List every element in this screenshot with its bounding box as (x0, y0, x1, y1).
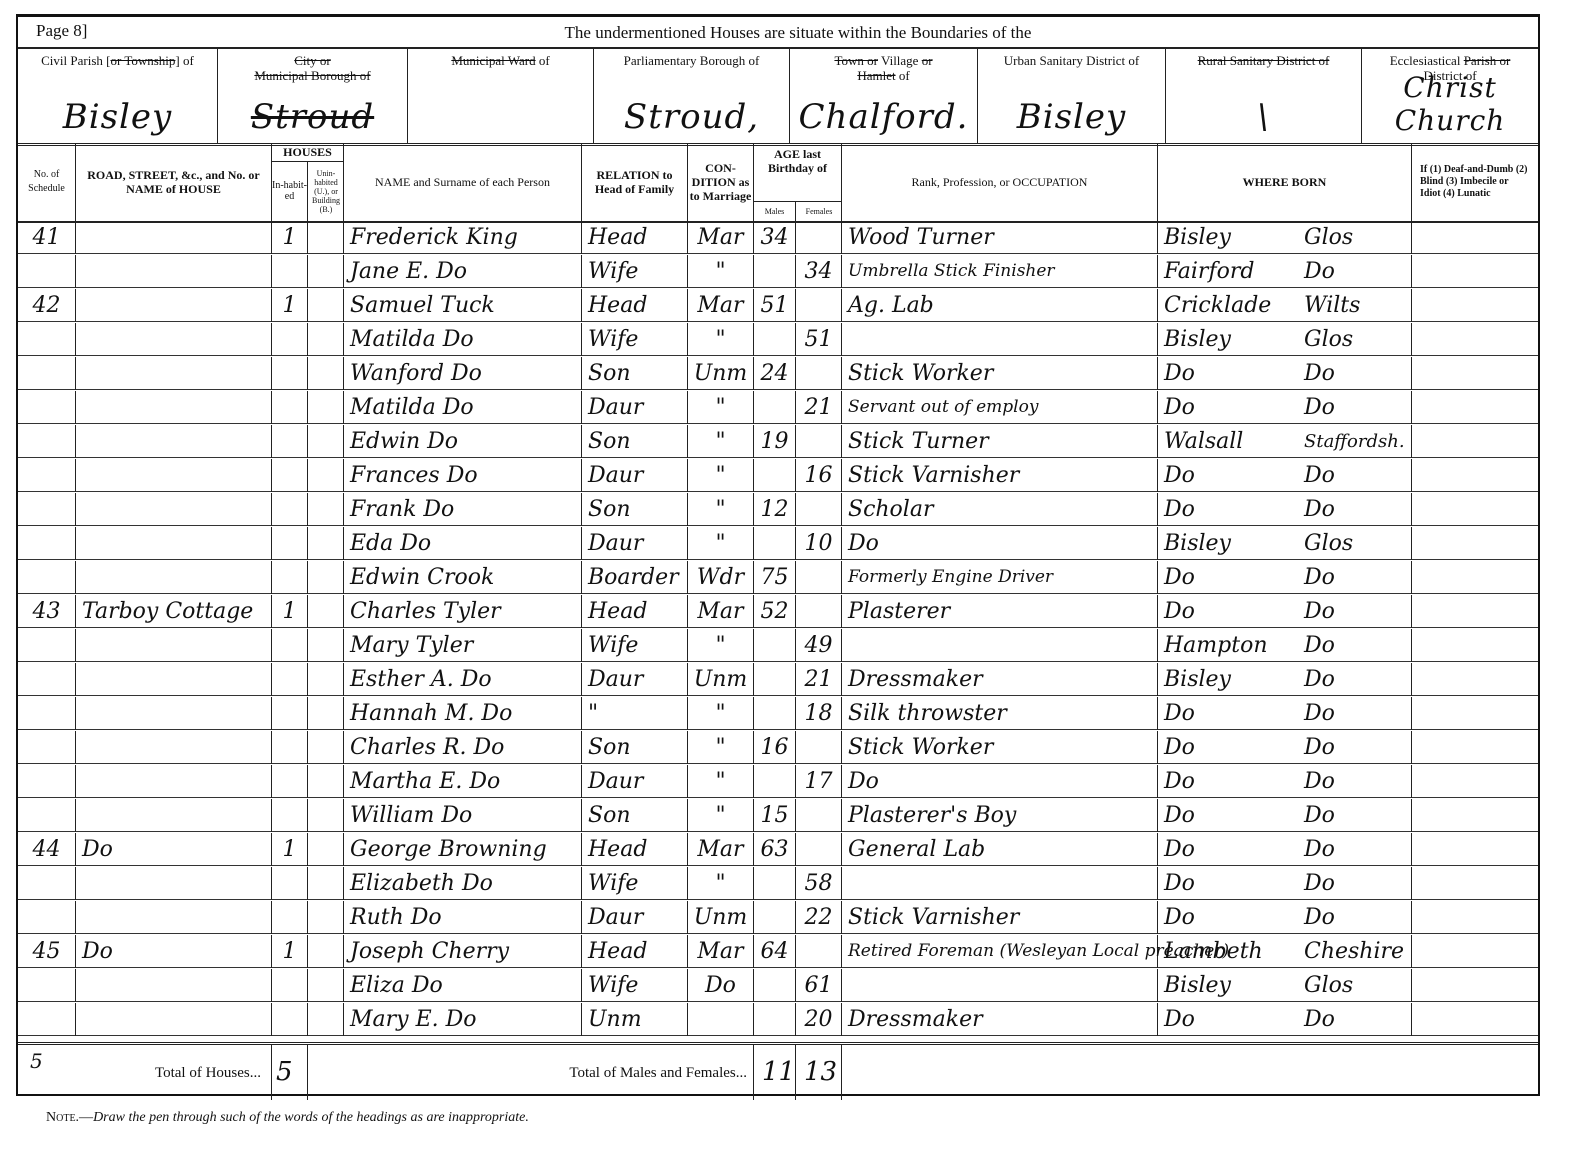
division-label: Parliamentary Borough of (594, 53, 789, 68)
division-label: City orMunicipal Borough of (218, 53, 407, 83)
cell-condition: " (688, 493, 754, 526)
total-males-cell: 11 (754, 1045, 796, 1100)
cell-schedule (18, 731, 76, 764)
totals-houses-cell: 5 Total of Houses... (18, 1045, 272, 1100)
cell-female-age: 22 (796, 901, 842, 934)
cell-occupation (842, 969, 1158, 1002)
cell-schedule (18, 357, 76, 390)
cell-road (76, 1003, 272, 1036)
cell-name: Mary E. Do (344, 1003, 582, 1036)
cell-male-age: 12 (754, 493, 796, 526)
cell-condition: " (688, 629, 754, 662)
cell-born-county: Do (1298, 391, 1412, 424)
division-5: Urban Sanitary District ofBisley (978, 47, 1166, 143)
cell-born-county: Glos (1298, 527, 1412, 560)
cell-inhabited (272, 799, 308, 832)
cell-condition: Mar (688, 221, 754, 254)
cell-uninhabited (308, 595, 344, 628)
cell-born-place: Do (1158, 493, 1298, 526)
cell-born-county: Do (1298, 663, 1412, 696)
cell-male-age: 24 (754, 357, 796, 390)
cell-schedule (18, 255, 76, 288)
cell-name: Mary Tyler (344, 629, 582, 662)
cell-male-age: 19 (754, 425, 796, 458)
division-label-part: Parliamentary Borough of (624, 53, 760, 68)
cell-born-place: Bisley (1158, 527, 1298, 560)
cell-schedule (18, 1003, 76, 1036)
cell-road (76, 629, 272, 662)
cell-inhabited (272, 731, 308, 764)
cell-schedule (18, 663, 76, 696)
cell-condition: Mar (688, 935, 754, 968)
table-row: Martha E. DoDaur"17DoDoDo (18, 765, 1538, 798)
cell-occupation: Dressmaker (842, 1003, 1158, 1036)
cell-inhabited (272, 527, 308, 560)
header-males: Males (754, 201, 796, 221)
cell-born-county: Do (1298, 901, 1412, 934)
cell-born-county: Do (1298, 561, 1412, 594)
cell-male-age (754, 867, 796, 900)
cell-name: George Browning (344, 833, 582, 866)
cell-infirmity (1412, 561, 1538, 594)
page-header: Page 8] The undermentioned Houses are si… (18, 17, 1538, 49)
cell-infirmity (1412, 255, 1538, 288)
cell-male-age (754, 527, 796, 560)
cell-occupation: Formerly Engine Driver (842, 561, 1158, 594)
cell-born-place: Do (1158, 765, 1298, 798)
cell-female-age (796, 561, 842, 594)
cell-road (76, 357, 272, 390)
division-value: Bisley (978, 97, 1165, 137)
division-label-part: of (536, 53, 550, 68)
table-row: 421Samuel TuckHeadMar51Ag. LabCrickladeW… (18, 289, 1538, 322)
cell-relation: Daur (582, 459, 688, 492)
cell-condition: " (688, 459, 754, 492)
cell-inhabited (272, 1003, 308, 1036)
cell-female-age (796, 731, 842, 764)
cell-female-age: 17 (796, 765, 842, 798)
table-row: Esther A. DoDaurUnm21DressmakerBisleyDo (18, 663, 1538, 696)
cell-road (76, 867, 272, 900)
division-value: \ (1166, 97, 1361, 137)
cell-infirmity (1412, 357, 1538, 390)
cell-uninhabited (308, 493, 344, 526)
cell-occupation (842, 323, 1158, 356)
cell-male-age: 16 (754, 731, 796, 764)
cell-condition: Unm (688, 357, 754, 390)
cell-inhabited (272, 561, 308, 594)
cell-uninhabited (308, 255, 344, 288)
cell-relation: Wife (582, 323, 688, 356)
cell-born-place: Do (1158, 697, 1298, 730)
cell-uninhabited (308, 867, 344, 900)
cell-female-age: 51 (796, 323, 842, 356)
cell-road (76, 527, 272, 560)
cell-occupation: Umbrella Stick Finisher (842, 255, 1158, 288)
cell-female-age (796, 833, 842, 866)
cell-occupation: Stick Worker (842, 357, 1158, 390)
division-label-part: Municipal Ward (451, 53, 535, 68)
header-inhabited: In-habit-ed (272, 161, 308, 221)
cell-uninhabited (308, 289, 344, 322)
cell-name: Hannah M. Do (344, 697, 582, 730)
cell-female-age: 58 (796, 867, 842, 900)
cell-uninhabited (308, 833, 344, 866)
header-road: ROAD, STREET, &c., and No. or NAME of HO… (76, 143, 272, 221)
cell-inhabited: 1 (272, 595, 308, 628)
cell-inhabited (272, 969, 308, 1002)
cell-condition: " (688, 255, 754, 288)
division-label: Urban Sanitary District of (978, 53, 1165, 68)
cell-born-county: Do (1298, 731, 1412, 764)
cell-condition: Mar (688, 833, 754, 866)
cell-infirmity (1412, 731, 1538, 764)
cell-infirmity (1412, 799, 1538, 832)
cell-female-age: 20 (796, 1003, 842, 1036)
note-text: Draw the pen through such of the words o… (93, 1110, 529, 1125)
cell-relation: Daur (582, 663, 688, 696)
cell-road: Do (76, 935, 272, 968)
cell-name: Ruth Do (344, 901, 582, 934)
cell-schedule (18, 527, 76, 560)
header-houses: HOUSES In-habit-ed Unin-habited (U.), or… (272, 143, 344, 221)
total-persons-label: Total of Males and Females... (569, 1065, 747, 1082)
table-row: Edwin CrookBoarderWdr75Formerly Engine D… (18, 561, 1538, 594)
cell-inhabited (272, 765, 308, 798)
cell-male-age: 64 (754, 935, 796, 968)
cell-schedule: 45 (18, 935, 76, 968)
cell-inhabited (272, 629, 308, 662)
cell-inhabited (272, 391, 308, 424)
total-females-cell: 13 (796, 1045, 842, 1100)
cell-male-age: 51 (754, 289, 796, 322)
header-name: NAME and Surname of each Person (344, 143, 582, 221)
cell-born-place: Do (1158, 867, 1298, 900)
cell-uninhabited (308, 459, 344, 492)
cell-female-age (796, 493, 842, 526)
cell-female-age: 34 (796, 255, 842, 288)
cell-road (76, 493, 272, 526)
cell-name: Charles R. Do (344, 731, 582, 764)
header-where-born: WHERE BORN (1158, 143, 1412, 221)
table-row: Frank DoSon"12ScholarDoDo (18, 493, 1538, 526)
cell-road (76, 459, 272, 492)
cell-born-place: Do (1158, 595, 1298, 628)
table-row: Matilda DoDaur"21Servant out of employDo… (18, 391, 1538, 424)
cell-born-place: Do (1158, 799, 1298, 832)
cell-inhabited: 1 (272, 289, 308, 322)
cell-born-county: Do (1298, 629, 1412, 662)
cell-infirmity (1412, 697, 1538, 730)
census-page: Page 8] The undermentioned Houses are si… (16, 14, 1540, 1096)
cell-born-county: Do (1298, 799, 1412, 832)
cell-name: Edwin Do (344, 425, 582, 458)
table-row: Mary TylerWife"49HamptonDo (18, 629, 1538, 662)
cell-male-age (754, 459, 796, 492)
cell-condition: Mar (688, 289, 754, 322)
division-label-part: City or (294, 53, 330, 68)
cell-relation: Wife (582, 867, 688, 900)
cell-relation: Wife (582, 969, 688, 1002)
cell-female-age (796, 289, 842, 322)
administrative-divisions: Civil Parish [or Township] ofBisleyCity … (18, 47, 1538, 146)
cell-born-place: Hampton (1158, 629, 1298, 662)
cell-uninhabited (308, 731, 344, 764)
cell-schedule (18, 561, 76, 594)
cell-male-age (754, 697, 796, 730)
table-row: Eda DoDaur"10DoBisleyGlos (18, 527, 1538, 560)
cell-name: Samuel Tuck (344, 289, 582, 322)
division-label-part: or Township (110, 53, 175, 68)
cell-inhabited (272, 493, 308, 526)
cell-uninhabited (308, 629, 344, 662)
cell-inhabited (272, 255, 308, 288)
cell-infirmity (1412, 663, 1538, 696)
cell-occupation: Silk throwster (842, 697, 1158, 730)
cell-male-age (754, 391, 796, 424)
table-row: 411Frederick KingHeadMar34Wood TurnerBis… (18, 221, 1538, 254)
cell-name: Elizabeth Do (344, 867, 582, 900)
cell-infirmity (1412, 425, 1538, 458)
cell-road (76, 799, 272, 832)
division-1: City orMunicipal Borough ofStroud (218, 47, 408, 143)
header-occupation: Rank, Profession, or OCCUPATION (842, 143, 1158, 221)
header-age: AGE last Birthday of Males Females (754, 143, 842, 221)
cell-inhabited (272, 663, 308, 696)
division-value: Stroud, (594, 97, 789, 137)
division-4: Town or Village orHamlet ofChalford. (790, 47, 978, 143)
cell-name: Joseph Cherry (344, 935, 582, 968)
cell-infirmity (1412, 765, 1538, 798)
cell-road (76, 323, 272, 356)
cell-male-age (754, 629, 796, 662)
cell-schedule (18, 391, 76, 424)
division-label-part: Municipal Borough of (254, 68, 370, 83)
division-2: Municipal Ward of (408, 47, 594, 143)
cell-born-place: Do (1158, 901, 1298, 934)
cell-occupation: Do (842, 765, 1158, 798)
division-label-part: Civil Parish [ (41, 53, 110, 68)
cell-born-county: Do (1298, 459, 1412, 492)
cell-infirmity (1412, 323, 1538, 356)
cell-relation: Son (582, 799, 688, 832)
division-label-part: of (896, 68, 910, 83)
cell-occupation: Plasterer (842, 595, 1158, 628)
cell-uninhabited (308, 935, 344, 968)
cell-occupation: Stick Varnisher (842, 459, 1158, 492)
cell-female-age: 21 (796, 391, 842, 424)
total-houses-value-cell: 5 (272, 1045, 308, 1100)
cell-condition: Unm (688, 663, 754, 696)
cell-inhabited (272, 323, 308, 356)
cell-occupation: Scholar (842, 493, 1158, 526)
cell-occupation: Dressmaker (842, 663, 1158, 696)
cell-occupation: Plasterer's Boy (842, 799, 1158, 832)
cell-born-county: Do (1298, 833, 1412, 866)
division-6: Rural Sanitary District of\ (1166, 47, 1362, 143)
cell-schedule (18, 323, 76, 356)
cell-road (76, 255, 272, 288)
cell-male-age: 75 (754, 561, 796, 594)
division-label: Town or Village orHamlet of (790, 53, 977, 83)
division-label: Municipal Ward of (408, 53, 593, 68)
cell-road: Do (76, 833, 272, 866)
cell-infirmity (1412, 833, 1538, 866)
cell-inhabited: 1 (272, 833, 308, 866)
cell-uninhabited (308, 1003, 344, 1036)
cell-female-age (796, 357, 842, 390)
cell-condition: " (688, 867, 754, 900)
cell-relation: Wife (582, 255, 688, 288)
cell-occupation: Wood Turner (842, 221, 1158, 254)
cell-relation: Son (582, 425, 688, 458)
cell-female-age: 49 (796, 629, 842, 662)
cell-female-age (796, 425, 842, 458)
cell-born-county: Do (1298, 357, 1412, 390)
header-uninhabited: Unin-habited (U.), or Building (B.) (308, 161, 344, 221)
cell-road (76, 697, 272, 730)
cell-relation: Head (582, 833, 688, 866)
division-label: Civil Parish [or Township] of (18, 53, 217, 68)
table-row: 45Do1Joseph CherryHeadMar64Retired Forem… (18, 935, 1538, 968)
total-males: 11 (762, 1057, 795, 1087)
cell-relation: Son (582, 357, 688, 390)
cell-relation: Daur (582, 527, 688, 560)
cell-born-place: Do (1158, 731, 1298, 764)
cell-born-county: Do (1298, 493, 1412, 526)
cell-relation: Son (582, 731, 688, 764)
cell-male-age: 34 (754, 221, 796, 254)
cell-born-county: Wilts (1298, 289, 1412, 322)
division-label-part: Urban Sanitary District of (1004, 53, 1139, 68)
cell-condition (688, 1003, 754, 1036)
cell-uninhabited (308, 901, 344, 934)
cell-name: Frank Do (344, 493, 582, 526)
cell-born-county: Glos (1298, 323, 1412, 356)
cell-inhabited: 1 (272, 935, 308, 968)
table-row: Elizabeth DoWife"58DoDo (18, 867, 1538, 900)
cell-condition: " (688, 425, 754, 458)
cell-road (76, 765, 272, 798)
cell-relation: Head (582, 221, 688, 254)
cell-uninhabited (308, 799, 344, 832)
cell-male-age (754, 969, 796, 1002)
cell-schedule (18, 425, 76, 458)
cell-condition: " (688, 527, 754, 560)
cell-schedule (18, 493, 76, 526)
division-value: Chalford. (790, 97, 977, 137)
header-females: Females (796, 201, 842, 221)
cell-relation: " (582, 697, 688, 730)
cell-male-age: 63 (754, 833, 796, 866)
table-row: 44Do1George BrowningHeadMar63General Lab… (18, 833, 1538, 866)
cell-uninhabited (308, 221, 344, 254)
cell-condition: " (688, 731, 754, 764)
cell-female-age (796, 799, 842, 832)
cell-uninhabited (308, 357, 344, 390)
cell-occupation (842, 629, 1158, 662)
cell-road (76, 969, 272, 1002)
cell-schedule: 42 (18, 289, 76, 322)
cell-infirmity (1412, 391, 1538, 424)
total-females: 13 (804, 1057, 837, 1087)
cell-schedule (18, 765, 76, 798)
cell-born-county: Do (1298, 595, 1412, 628)
cell-inhabited (272, 867, 308, 900)
cell-schedule (18, 901, 76, 934)
cell-infirmity (1412, 1003, 1538, 1036)
cell-infirmity (1412, 901, 1538, 934)
cell-uninhabited (308, 323, 344, 356)
table-row: Hannah M. Do""18Silk throwsterDoDo (18, 697, 1538, 730)
header-age-label: AGE last Birthday of (754, 147, 841, 175)
cell-female-age: 18 (796, 697, 842, 730)
cell-road (76, 561, 272, 594)
cell-male-age (754, 663, 796, 696)
cell-inhabited (272, 425, 308, 458)
cell-male-age (754, 901, 796, 934)
division-value: Bisley (18, 97, 217, 137)
cell-schedule (18, 969, 76, 1002)
division-value: Stroud (218, 97, 407, 137)
cell-male-age (754, 765, 796, 798)
cell-condition: " (688, 323, 754, 356)
cell-born-place: Cricklade (1158, 289, 1298, 322)
cell-occupation: General Lab (842, 833, 1158, 866)
cell-uninhabited (308, 425, 344, 458)
table-row: William DoSon"15Plasterer's BoyDoDo (18, 799, 1538, 832)
cell-road (76, 391, 272, 424)
total-houses-label: Total of Houses... (155, 1065, 261, 1082)
cell-born-place: Bisley (1158, 221, 1298, 254)
division-3: Parliamentary Borough ofStroud, (594, 47, 790, 143)
totals-row: 5 Total of Houses... 5 Total of Males an… (18, 1042, 1538, 1100)
cell-road (76, 901, 272, 934)
cell-relation: Head (582, 935, 688, 968)
cell-born-place: Bisley (1158, 663, 1298, 696)
cell-uninhabited (308, 969, 344, 1002)
cell-schedule: 41 (18, 221, 76, 254)
cell-occupation: Retired Foreman (Wesleyan Local preacher… (842, 935, 1158, 968)
cell-relation: Head (582, 595, 688, 628)
division-label-part: or (922, 53, 933, 68)
cell-infirmity (1412, 527, 1538, 560)
cell-born-place: Do (1158, 1003, 1298, 1036)
page-title: The undermentioned Houses are situate wi… (18, 23, 1538, 43)
cell-inhabited: 1 (272, 221, 308, 254)
table-row: Matilda DoWife"51BisleyGlos (18, 323, 1538, 356)
cell-uninhabited (308, 765, 344, 798)
cell-born-county: Do (1298, 255, 1412, 288)
cell-relation: Wife (582, 629, 688, 662)
division-0: Civil Parish [or Township] ofBisley (18, 47, 218, 143)
cell-relation: Daur (582, 765, 688, 798)
cell-born-place: Do (1158, 833, 1298, 866)
cell-male-age (754, 255, 796, 288)
division-label-part: ] of (175, 53, 193, 68)
cell-schedule (18, 459, 76, 492)
total-persons-label-cell: Total of Males and Females... (308, 1045, 754, 1100)
cell-uninhabited (308, 527, 344, 560)
division-label-part: Hamlet (857, 68, 895, 83)
cell-born-place: Do (1158, 391, 1298, 424)
cell-occupation: Stick Worker (842, 731, 1158, 764)
cell-road (76, 663, 272, 696)
cell-inhabited (272, 901, 308, 934)
cell-relation: Unm (582, 1003, 688, 1036)
cell-schedule (18, 697, 76, 730)
cell-condition: " (688, 391, 754, 424)
